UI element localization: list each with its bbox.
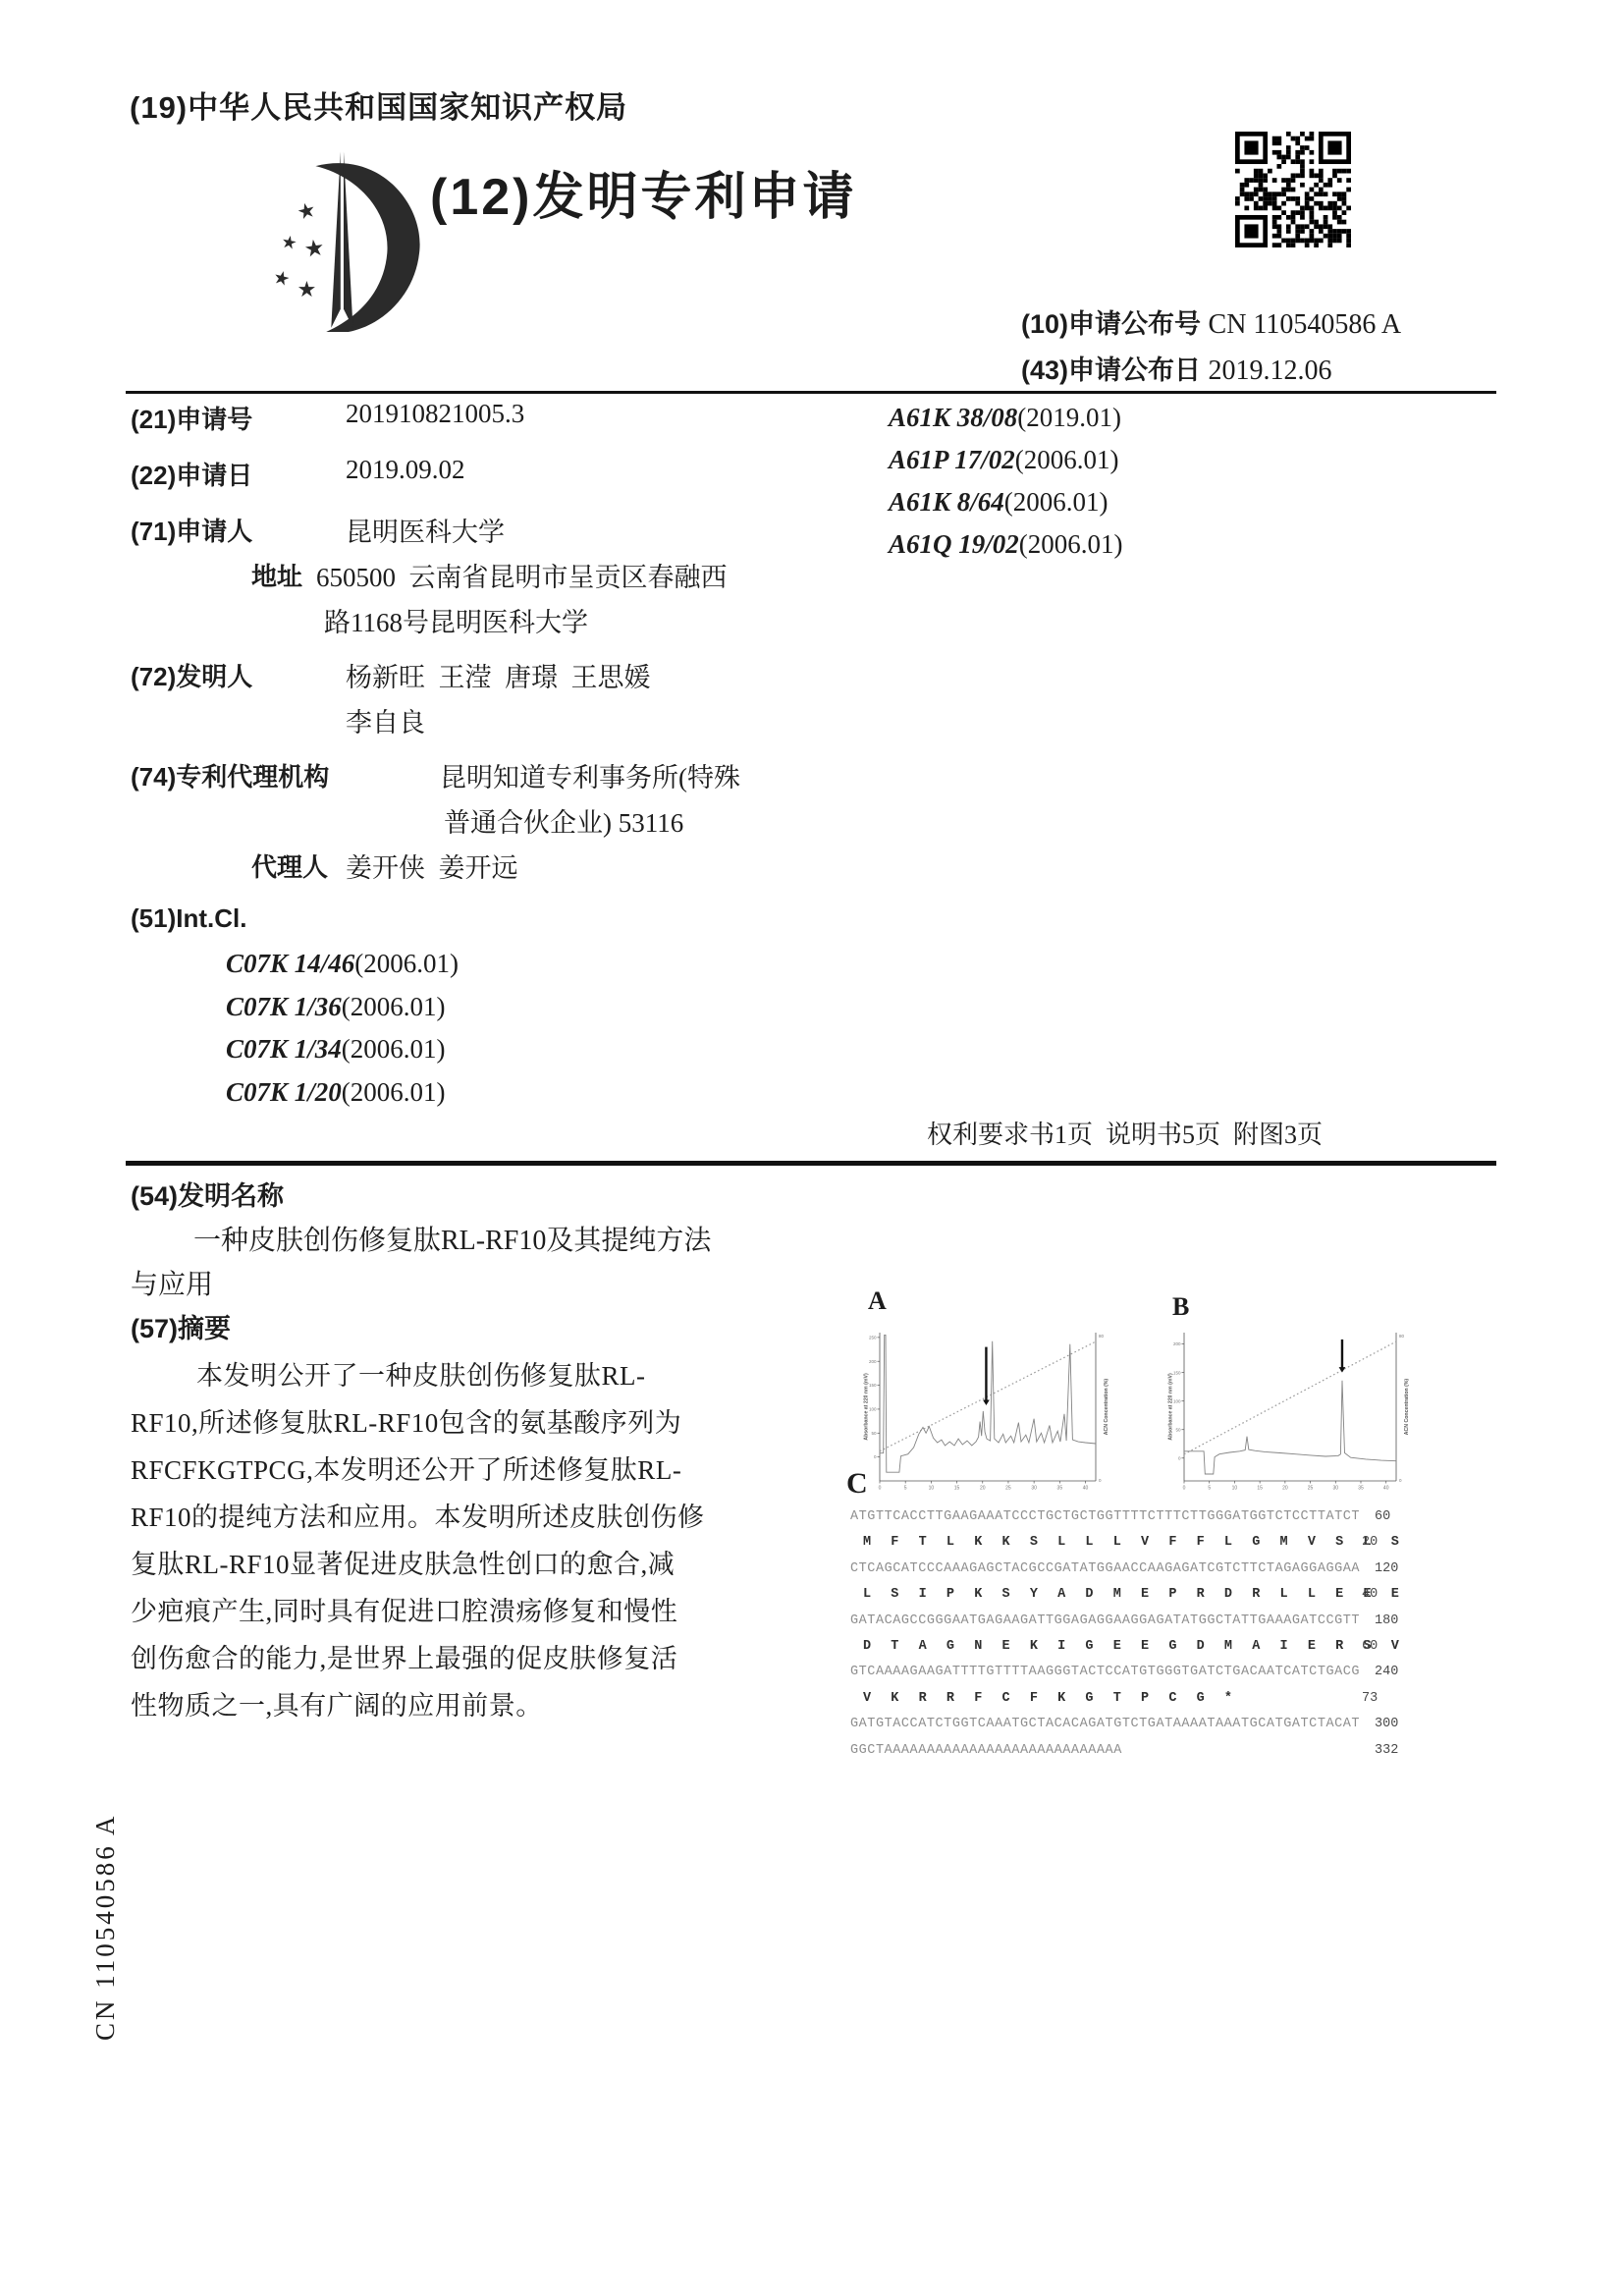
svg-text:ACN Concentration (%): ACN Concentration (%)	[1404, 1379, 1410, 1436]
classification-entry: A61K 8/64(2006.01)	[889, 487, 1108, 518]
svg-text:25: 25	[1308, 1486, 1314, 1492]
svg-text:35: 35	[1057, 1486, 1063, 1492]
ipc-entry: C07K 14/46(2006.01)	[226, 949, 459, 979]
agency-line1: 昆明知道专利事务所(特殊	[440, 756, 740, 794]
application-no-value: 201910821005.3	[346, 399, 524, 429]
agents-value: 姜开侠 姜开远	[346, 847, 518, 885]
agency-line2: 普通合伙企业) 53116	[444, 801, 683, 840]
sequence-row: CTCAGCATCCCAAAGAGCTACGCCGATATGGAACCAAGAG…	[850, 1557, 1430, 1582]
abstract-text-line: 本发明公开了一种皮肤创伤修复肽RL-	[196, 1354, 646, 1393]
ipc-version: (2006.01)	[342, 1077, 446, 1107]
application-date-label: (22)申请日	[131, 456, 252, 492]
figure-panel-c-label: C	[846, 1467, 868, 1501]
agency-label: (74)专利代理机构	[131, 757, 329, 793]
logo-star: ★	[297, 277, 316, 301]
ipc-version: (2019.01)	[1017, 403, 1121, 432]
publication-number-value: CN 110540586 A	[1209, 309, 1402, 340]
sequence-position-number: 180	[1375, 1609, 1398, 1634]
cnipa-logo: ★ ★ ★ ★ ★	[248, 145, 440, 332]
svg-text:150: 150	[869, 1383, 877, 1388]
svg-text:10: 10	[1232, 1486, 1238, 1492]
sequence-row: V K R R F C F K G T P C G *73	[850, 1686, 1430, 1712]
svg-text:150: 150	[1173, 1370, 1181, 1375]
ipc-code: C07K 1/20	[226, 1077, 342, 1107]
invention-title-line2: 与应用	[131, 1263, 213, 1302]
abstract-label: (57)摘要	[131, 1307, 231, 1345]
applicant-value: 昆明医科大学	[346, 511, 505, 549]
svg-text:50: 50	[1175, 1427, 1181, 1432]
abstract-text-line: RF10,所述修复肽RL-RF10包含的氨基酸序列为	[131, 1401, 681, 1440]
ipc-entry: C07K 1/36(2006.01)	[226, 992, 446, 1022]
publication-date-label: (43)申请公布日	[1021, 355, 1209, 385]
svg-text:0: 0	[1183, 1486, 1186, 1492]
qr-code	[1235, 132, 1351, 247]
ipc-version: (2006.01)	[354, 949, 459, 978]
ipc-version: (2006.01)	[1015, 445, 1119, 474]
svg-text:80: 80	[1099, 1334, 1105, 1339]
ipc-version: (2006.01)	[1004, 487, 1108, 517]
abstract-text-line: 性物质之一,具有广阔的应用前景。	[131, 1684, 543, 1722]
svg-text:0: 0	[874, 1454, 877, 1459]
svg-text:5: 5	[1208, 1486, 1211, 1492]
svg-text:30: 30	[1333, 1486, 1339, 1492]
chromatogram-b: 0501001502000510152025303540080Absorbanc…	[1166, 1328, 1412, 1497]
svg-text:Absorbance at 220 nm (mV): Absorbance at 220 nm (mV)	[864, 1373, 870, 1441]
ipc-code: C07K 14/46	[226, 949, 354, 978]
section-divider-rule	[126, 1161, 1496, 1166]
application-no-label: (21)申请号	[131, 400, 252, 436]
svg-text:200: 200	[869, 1359, 877, 1364]
sequence-row: GGCTAAAAAAAAAAAAAAAAAAAAAAAAAAAA332	[850, 1738, 1430, 1764]
inventors-line1: 杨新旺 王滢 唐璟 王思媛	[346, 656, 651, 694]
svg-text:200: 200	[1173, 1341, 1181, 1346]
address-line2: 路1168号昆明医科大学	[324, 601, 588, 639]
svg-text:15: 15	[1257, 1486, 1263, 1492]
ipc-version: (2006.01)	[342, 1034, 446, 1064]
svg-text:5: 5	[904, 1486, 907, 1492]
classification-entry: A61P 17/02(2006.01)	[889, 445, 1119, 475]
sequence-position-number: 240	[1375, 1660, 1398, 1685]
ipc-entry: C07K 1/20(2006.01)	[226, 1077, 446, 1108]
sequence-position-number: 332	[1375, 1738, 1398, 1764]
classification-entry: A61Q 19/02(2006.01)	[889, 529, 1123, 560]
svg-text:40: 40	[1083, 1486, 1089, 1492]
protein-sequence-text: M F T L K K S L L L V F F L G M V S L S	[863, 1535, 1399, 1550]
abstract-text-line: 复肽RL-RF10显著促进皮肤急性创口的愈合,减	[131, 1543, 675, 1581]
sequence-row: ATGTTCACCTTGAAGAAATCCCTGCTGCTGGTTTTCTTTC…	[850, 1504, 1430, 1530]
sequence-position-number: 120	[1375, 1557, 1398, 1582]
protein-sequence-text: L S I P K S Y A D M E P R D R L L E E E	[863, 1587, 1399, 1602]
protein-sequence-text: V K R R F C F K G T P C G *	[863, 1691, 1233, 1706]
sequence-position-number: 20	[1362, 1530, 1378, 1556]
logo-star: ★	[280, 232, 298, 253]
sequence-position-number: 60	[1375, 1504, 1390, 1530]
invention-title-line1: 一种皮肤创伤修复肽RL-RF10及其提纯方法	[193, 1219, 711, 1258]
svg-text:0: 0	[1399, 1478, 1402, 1483]
svg-text:20: 20	[980, 1486, 986, 1492]
dna-sequence-text: GTCAAAAGAAGATTTTGTTTTAAGGGTACTCCATGTGGGT…	[850, 1665, 1360, 1679]
sequence-row: L S I P K S Y A D M E P R D R L L E E E4…	[850, 1582, 1430, 1608]
address-label: 地址	[251, 557, 302, 593]
svg-text:0: 0	[1178, 1455, 1181, 1460]
svg-text:0: 0	[879, 1486, 882, 1492]
dna-sequence-text: CTCAGCATCCCAAAGAGCTACGCCGATATGGAACCAAGAG…	[850, 1561, 1360, 1576]
invention-title-label: (54)发明名称	[131, 1175, 284, 1213]
svg-text:20: 20	[1282, 1486, 1288, 1492]
ipc-version: (2006.01)	[1019, 529, 1123, 559]
patent-office-title: (19)中华人民共和国国家知识产权局	[130, 82, 627, 127]
abstract-text-line: 少疤痕产生,同时具有促进口腔溃疡修复和慢性	[131, 1590, 677, 1628]
intcl-label: (51)Int.Cl.	[131, 903, 246, 934]
svg-text:15: 15	[954, 1486, 960, 1492]
sequence-row: M F T L K K S L L L V F F L G M V S L S2…	[850, 1530, 1430, 1556]
pages-count-line: 权利要求书1页 说明书5页 附图3页	[927, 1115, 1323, 1151]
applicant-label: (71)申请人	[131, 512, 252, 548]
ipc-version: (2006.01)	[342, 992, 446, 1021]
svg-text:100: 100	[1173, 1398, 1181, 1403]
figure-panel-b-label: B	[1172, 1292, 1189, 1322]
abstract-text-line: 创伤愈合的能力,是世界上最强的促皮肤修复活	[131, 1637, 677, 1675]
classification-entry: A61K 38/08(2019.01)	[889, 403, 1121, 433]
ipc-code: A61K 38/08	[889, 403, 1017, 432]
svg-text:25: 25	[1005, 1486, 1011, 1492]
patent-front-page: (19)中华人民共和国国家知识产权局 ★ ★ ★ ★ ★ (12)发明专利申请 …	[0, 0, 1622, 2296]
dna-sequence-text: ATGTTCACCTTGAAGAAATCCCTGCTGCTGGTTTTCTTTC…	[850, 1509, 1360, 1524]
svg-text:100: 100	[869, 1407, 877, 1412]
logo-crescent	[315, 163, 419, 332]
ipc-code: C07K 1/36	[226, 992, 342, 1021]
address-line1: 650500 云南省昆明市呈贡区春融西	[316, 556, 728, 594]
publication-date-line: (43)申请公布日 2019.12.06	[1021, 349, 1332, 387]
ipc-entry: C07K 1/34(2006.01)	[226, 1034, 446, 1065]
publication-number-label: (10)申请公布号	[1021, 309, 1209, 339]
ipc-code: C07K 1/34	[226, 1034, 342, 1064]
dna-sequence-text: GGCTAAAAAAAAAAAAAAAAAAAAAAAAAAAA	[850, 1743, 1122, 1758]
sequence-position-number: 300	[1375, 1712, 1398, 1737]
abstract-text-line: RFCFKGTPCG,本发明还公开了所述修复肽RL-	[131, 1449, 681, 1487]
sequence-position-number: 40	[1362, 1582, 1378, 1608]
svg-text:10: 10	[929, 1486, 935, 1492]
logo-star: ★	[271, 267, 293, 292]
sequence-block: ATGTTCACCTTGAAGAAATCCCTGCTGCTGGTTTTCTTTC…	[850, 1504, 1430, 1764]
figure-panel-a-label: A	[868, 1286, 887, 1316]
sequence-row: GTCAAAAGAAGATTTTGTTTTAAGGGTACTCCATGTGGGT…	[850, 1660, 1430, 1685]
svg-text:40: 40	[1383, 1486, 1389, 1492]
agent-label: 代理人	[251, 847, 328, 884]
sequence-row: D T A G N E K I G E E G D M A I E R S V6…	[850, 1634, 1430, 1660]
logo-star: ★	[295, 198, 318, 225]
side-publication-code: CN 110540586 A	[90, 1813, 121, 2041]
logo-star: ★	[302, 234, 326, 262]
document-type-title: (12)发明专利申请	[430, 155, 856, 229]
abstract-text-line: RF10的提纯方法和应用。本发明所述皮肤创伤修	[131, 1496, 705, 1534]
ipc-code: A61P 17/02	[889, 445, 1015, 474]
ipc-code: A61K 8/64	[889, 487, 1004, 517]
svg-text:0: 0	[1099, 1478, 1102, 1483]
dna-sequence-text: GATGTACCATCTGGTCAAATGCTACACAGATGTCTGATAA…	[850, 1717, 1360, 1731]
dna-sequence-text: GATACAGCCGGGAATGAGAAGATTGGAGAGGAAGGAGATA…	[850, 1613, 1360, 1628]
sequence-position-number: 73	[1362, 1686, 1378, 1712]
svg-text:50: 50	[871, 1431, 877, 1436]
header-divider-rule	[126, 391, 1496, 394]
svg-text:ACN Concentration (%): ACN Concentration (%)	[1104, 1379, 1109, 1436]
protein-sequence-text: D T A G N E K I G E E G D M A I E R S V	[863, 1639, 1399, 1654]
svg-text:250: 250	[869, 1335, 877, 1339]
publication-number-line: (10)申请公布号 CN 110540586 A	[1021, 302, 1401, 341]
sequence-row: GATACAGCCGGGAATGAGAAGATTGGAGAGGAAGGAGATA…	[850, 1609, 1430, 1634]
application-date-value: 2019.09.02	[346, 455, 465, 485]
sequence-row: GATGTACCATCTGGTCAAATGCTACACAGATGTCTGATAA…	[850, 1712, 1430, 1737]
sequence-position-number: 60	[1362, 1634, 1378, 1660]
inventors-line2: 李自良	[346, 701, 425, 739]
svg-text:35: 35	[1358, 1486, 1364, 1492]
svg-text:30: 30	[1031, 1486, 1037, 1492]
chromatogram-a: 0501001502002500510152025303540080Absorb…	[862, 1328, 1111, 1497]
logo-spike-left	[331, 151, 341, 327]
inventors-label: (72)发明人	[131, 657, 252, 693]
ipc-code: A61Q 19/02	[889, 529, 1019, 559]
svg-text:Absorbance at 220 nm (mV): Absorbance at 220 nm (mV)	[1168, 1373, 1174, 1441]
publication-date-value: 2019.12.06	[1209, 355, 1332, 386]
svg-text:80: 80	[1399, 1334, 1405, 1339]
